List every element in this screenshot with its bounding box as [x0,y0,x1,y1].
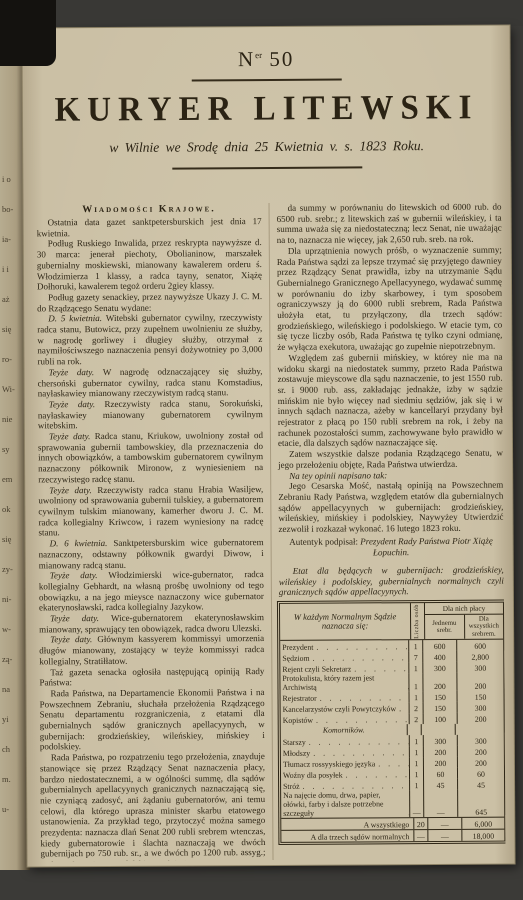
paragraph: da summy w porównaniu do litewskich od 6… [277,202,502,246]
row-label: Kopistów [281,714,409,726]
right-column-text: da summy w porównaniu do litewskich od 6… [277,202,504,535]
page-edge-fragment: na [2,684,10,694]
row-pay-one: — [423,790,457,817]
page-edge-fragment: ro- [2,354,12,364]
row-pay-all: 2,800 [456,651,503,662]
row-count: 20 [413,819,427,830]
signature-line: Autentyk podpisał: Prezydent Rady Państw… [279,535,504,558]
paragraph: Teyże daty. W nagrodę odznaczającey się … [38,366,263,399]
table-row: Protokulista, który razem jest Archiwist… [280,673,503,692]
page-edge-fragment: się [2,534,11,544]
paragraph: Teyże daty. Radca stanu, Kriukow, uwolni… [38,430,263,485]
row-count: 1 [409,780,423,791]
newspaper-title: KURYER LITEWSKI [23,89,510,130]
page-edge-fragment: zą- [2,654,12,664]
row-pay-all: 645 [457,790,504,817]
issue-number: Ner 50 [23,46,510,74]
paragraph: Względem zaś gubernii mińskiey, w którey… [277,351,503,449]
row-pay-one: 600 [422,640,456,651]
row-count: 2 [409,714,423,725]
table-row: A dla trzech sądów normalnych——18,000 [281,829,504,842]
row-pay-all: 45 [457,779,504,790]
table-header: W każdym Normalnym Sądzie naznacza się: … [280,602,503,641]
row-pay-all: 60 [457,768,504,779]
dateline-rule [172,166,362,170]
row-pay-one: 60 [423,768,457,779]
left-column-text: Ostatnia data gazet sanktpetersburskich … [37,216,266,861]
paragraph: Zatem wszystkie dalsze podania Rządząceg… [278,448,503,471]
row-count: 1 [409,736,423,747]
newspaper-page: Ner 50 KURYER LITEWSKI w Wilnie we Srodę… [22,26,514,867]
row-pay-all: 200 [456,673,503,691]
row-label: Tłumacz rossyyskiego języka [281,758,409,770]
row-count: 1 [409,747,423,758]
table-row: Na najęcie domu, drwa, papier, ołówki, f… [281,790,504,818]
page-edge-fragment: u- [2,804,9,814]
row-pay-all [455,724,504,735]
table-header-count-rotated: Liczba osób [410,603,424,640]
dateline: w Wilnie we Srodę dnia 25 Kwietnia v. s.… [23,138,510,157]
page-edge-fragment: bo- [2,204,13,214]
row-label: Starszy [281,736,409,748]
table-body: Prezydent1600600Sędziom74002,800Rejent c… [280,640,504,842]
page-edge-fragment: się [2,324,11,334]
row-label: Rejestrator [281,692,409,704]
row-label: A dla trzech sądów normalnych [281,831,413,843]
paragraph: Teyże daty. Wice-gubernatorem ekaterynos… [39,612,264,635]
issue-number-prefix: N [238,47,255,71]
page-edge-fragment: Wi- [2,384,15,394]
signature-name: Prezydent Rady Państwa Piotr Xiążę Łopuc… [360,535,493,556]
page-edge-fragment: aż [2,294,10,304]
page-edge-fragment: zy- [2,564,13,574]
row-count: — [413,831,427,842]
row-count [407,725,421,736]
paragraph: D. 6 kwietnia. Sanktpetersburskim wice g… [39,537,264,570]
row-count: 1 [408,674,422,692]
row-pay-all: 200 [457,757,504,768]
row-count: 1 [408,641,422,652]
page-edge-fragment: w- [2,624,11,634]
row-pay-all: 18,000 [461,830,504,841]
row-pay-one [421,724,455,735]
row-label: A wszystkiego [281,819,413,831]
page-edge-fragment: ia- [2,234,11,244]
issue-number-value: 50 [269,47,294,71]
row-count: 7 [408,652,422,663]
paragraph: Teyże daty. Rzeczywisty radca stanu Hrab… [38,484,263,539]
row-label: Sędziom [280,652,408,664]
table-row: A wszystkiego20—6,000 [281,817,504,830]
row-label: Na najęcie domu, drwa, papier, ołówki, f… [281,791,409,819]
page-edge-fragment: m. [2,774,11,784]
table-header-pay-all: Dla wszystkich srebrem. [464,614,504,639]
paragraph: Rada Państwa, po rozpatrzeniu tego przeł… [40,751,266,861]
left-column: Wiadomości Krajowe. Ostatnia data gazet … [37,203,273,861]
row-pay-one: 200 [423,746,457,757]
row-count: 2 [409,703,423,714]
etat-table: W każdym Normalnym Sądzie naznacza się: … [279,601,505,843]
paragraph: Taż gazeta senacka ogłosiła następującą … [39,666,264,689]
row-label: Stróż [281,780,409,792]
paragraph: Ostatnia data gazet sanktpetersburskich … [37,216,262,239]
row-pay-one: — [427,818,461,829]
row-count: 1 [409,769,423,780]
right-column: da summy w porównaniu do litewskich od 6… [269,202,506,860]
row-pay-one: 200 [423,757,457,768]
row-count: 1 [409,758,423,769]
paragraph: Jego Cesarska Mość, nastałą opiniją na P… [278,480,503,535]
row-label: Protokulista, który razem jest Archiwist… [280,674,408,693]
row-count: — [409,791,423,818]
row-label: Woźny dla posyłek [281,769,409,781]
row-pay-one: 400 [422,651,456,662]
table-caption: Etat dla będących w gubernijach: grodzie… [279,565,504,598]
page-edge-fragment: em [2,474,12,484]
row-pay-all: 600 [456,640,503,651]
page-edge-fragment: i i [2,264,9,274]
row-pay-one: — [427,830,461,841]
article-columns: Wiadomości Krajowe. Ostatnia data gazet … [37,202,506,862]
dot-leader [351,665,408,674]
row-pay-one: 300 [423,735,457,746]
row-label: Młodszy [281,747,409,759]
paragraph: Podług Ruskiego Inwalida, przez reskrypt… [37,237,262,292]
masthead: Ner 50 KURYER LITEWSKI w Wilnie we Srodę… [22,26,510,172]
table-header-pay-one: Jedne­mu srebr. [425,615,464,640]
dot-leader [396,705,409,714]
row-pay-all: 6,000 [461,818,504,829]
row-pay-one: 150 [423,691,457,702]
table-header-pay: Dla nich płacy Jedne­mu srebr. Dla wszys… [424,602,503,639]
page-edge-fragment: ch [2,744,10,754]
page-edge-fragment: yi [2,714,9,724]
table-header-label: W każdym Normalnym Sądzie naznacza się: [280,603,410,641]
row-pay-one: 45 [423,779,457,790]
page-edge-fragment: ni- [2,594,11,604]
row-pay-one: 150 [423,702,457,713]
paragraph: Rada Państwa, na Departamencie Ekonomii … [39,687,264,753]
row-pay-one: 200 [422,673,456,691]
dot-leader [375,760,409,769]
page-edge-fragment: sy [2,444,10,454]
dot-leader [343,771,409,780]
paragraph: Teyże daty. Głównym kassyerem kommissyi … [39,633,264,666]
paragraph: Podług gazety senackiey, przez naywyższe… [37,291,262,314]
issue-number-superscript: er [255,50,262,60]
table-header-pay-subcolumns: Jedne­mu srebr. Dla wszystkich srebrem. [425,614,503,639]
scan-background: i obo-ia-i iażsięro-Wi-niesyemoksięzy-ni… [0,0,523,900]
paragraph: Teyże daty. Rzeczywisty radca stanu, Sor… [38,398,263,431]
row-label: Komorników. [281,725,407,737]
row-pay-one: 100 [423,713,457,724]
row-pay-all: 300 [457,702,504,713]
row-pay-all: 300 [457,735,504,746]
scan-corner-shadow [0,0,56,66]
section-heading: Wiadomości Krajowe. [37,203,262,215]
row-pay-one: 300 [422,662,456,673]
row-count: 1 [409,692,423,703]
row-label: Rejent czyli Sekretarz [280,663,408,675]
masthead-rule [191,79,341,82]
row-label: Kancelarzystów czyli Powytczyków [281,703,409,715]
row-pay-all: 150 [457,691,504,702]
row-pay-all: 200 [457,746,504,757]
row-label: Prezydent [280,641,408,653]
table-header-pay-group: Dla nich płacy [425,602,503,614]
page-edge-fragment: ok [2,504,11,514]
page-edge-fragment: nie [2,414,12,424]
signature-label: Autentyk podpisał: [289,536,358,546]
row-pay-all: 200 [457,713,504,724]
row-count: 1 [408,663,422,674]
paragraph: Teyże daty. Włodzimierski wice-gubernato… [39,569,264,613]
paragraph: D. 5 kwietnia. Witebski gubernator cywil… [37,312,262,367]
paragraph: Dla uprzątnienia nowych próśb, o wyznacz… [277,244,503,352]
row-pay-all: 300 [456,662,503,673]
scan-top-shadow [0,0,523,26]
page-edge-fragment: i o [2,174,11,184]
